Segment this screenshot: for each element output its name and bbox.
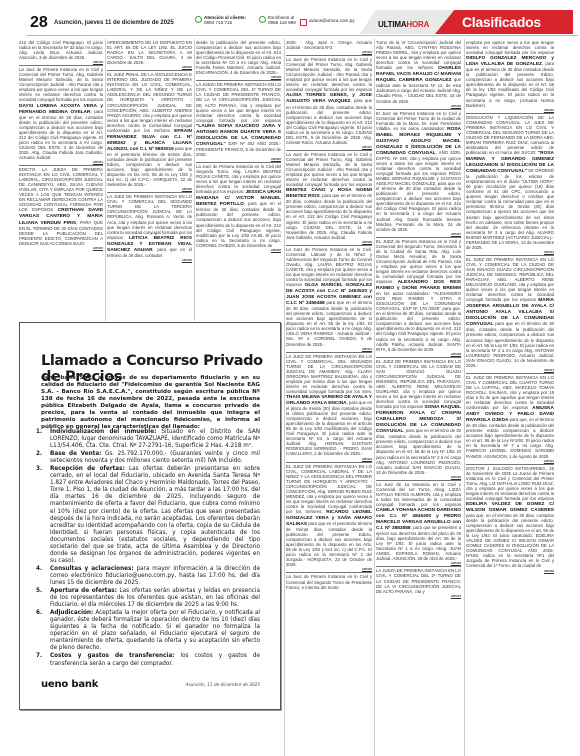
notice-party-names: LETICIA BEATRIZ RIOS GONZALEZ Y ESTEBAN …	[107, 236, 192, 253]
legal-notice: DOCTOR J. EULOGIO ESTIGARRIBIA, 25 de No…	[466, 464, 554, 574]
notice-code: AR5/42	[466, 108, 554, 112]
notice-text: LA JUEZA DE PRIMERA INSTANCIA EN LO CIVI…	[376, 568, 461, 593]
ad-condition-item: 7.Costos y gastos de transferencia: los …	[36, 653, 260, 667]
notices-column-1: 212 del Código Civil Paraguayo. El juici…	[19, 39, 103, 319]
notices-column-2: APERCIBIMIENTO DE LO DISPUESTO EN EL ART…	[107, 39, 192, 319]
notice-party-names: SONIA RAQUEL FORNERON AYALA C/ CRISPIN C…	[376, 405, 461, 434]
legal-notice: La Juez de Primera Instancia en lo Civil…	[196, 162, 281, 253]
ultimahora-logo: ULTIMAHORA	[378, 20, 429, 29]
notices-column-4: 2025. - Abg. Juan A. Orrego, Actuario Ju…	[286, 39, 372, 756]
notice-party-names: THAIS MILENA VAREIRO DE AYALA Y ORLANDO …	[286, 395, 372, 406]
notice-text: El Juez de Primera Instancia en lo Civil…	[376, 111, 461, 232]
notice-text: EL JUEZ de Primera Instancia en lo Civil…	[376, 239, 461, 352]
legal-notice: La Juez de Primera Instancia en lo Civil…	[286, 572, 372, 590]
notice-text: 2025. - Abg. Juan A. Orrego, Actuario Ju…	[286, 40, 372, 50]
whatsapp-contact[interactable]: Escribinos al 0985 119 999	[259, 15, 296, 26]
ad-intro: ueno bank S.A., a través de su departame…	[41, 375, 260, 431]
legal-notice: APERCIBIMIENTO DE LO DISPUESTO EN EL ART…	[107, 39, 192, 70]
notice-party-names: "ROSA MARINA Y GERARDO GIMENEZ LEGUIZAMO…	[466, 151, 554, 174]
notice-text: 212 del Código Civil Paraguayo. El juici…	[19, 40, 103, 60]
legal-notice: EL JUEZ DE PRIMERA INSTANCIA EN LO CIVIL…	[466, 373, 554, 464]
notice-text: La Juez de Primera Instancia en lo Civil…	[19, 67, 103, 160]
notice-code: AR5/35	[196, 248, 281, 252]
whatsapp-icon	[195, 16, 202, 23]
bid-call-advertisement: Llamado a Concurso Privado de Precios ue…	[19, 322, 281, 710]
legal-notice: La Juez de Primera Instancia en lo Civil…	[286, 55, 372, 150]
notice-text: EL JUEZ PENAL DE LA ADOLESCENCIA E INTER…	[107, 72, 192, 187]
legal-notice: EL JUEZ DE PRIMERA INSTANCIA EN LO CIVIL…	[286, 462, 372, 573]
notice-code: AR5/46	[466, 569, 554, 573]
notice-party-names: ROSA MABEL MORAEZ RIQUELME Y GUSTAVO ADO…	[376, 127, 461, 156]
notice-code: AR5/30	[107, 187, 192, 191]
header-divider	[26, 35, 578, 36]
page-number: 28	[30, 14, 48, 32]
legal-notice: 212 del Código Civil Paraguayo. El juici…	[19, 39, 103, 65]
column-divider	[284, 39, 285, 756]
notice-party-names: ALISIA TORRES GENES, y JOSE AUGUSTO VERA…	[286, 93, 372, 104]
notice-text: DISOLUCIÓN Y LIQUIDACIÓN DE LA COMUNIDAD…	[466, 115, 554, 250]
notices-column-6: emplaza por quince veces a los que tenga…	[466, 39, 554, 756]
legal-notice: emplaza por quince veces a los que tenga…	[466, 39, 554, 113]
notice-text: desde la publicación del presente edicto…	[196, 40, 281, 75]
notice-code: AR5/27	[286, 145, 372, 149]
notice-text: EL JUEZ DE PRIMERA INSTANCIA EN LO CIVIL…	[286, 464, 372, 568]
ad-condition-item: 4.Consultas y aclaraciones: para mayor i…	[36, 566, 260, 587]
notice-code: AR5/28	[196, 75, 281, 79]
legal-notice: desde la publicación del presente edicto…	[196, 39, 281, 80]
notice-text: Turno de la VI Circunscripción Judicial …	[376, 40, 461, 104]
notice-text: La Juez de Primera Instancia en lo Civil…	[286, 57, 372, 145]
legal-notice: EL JUEZ DE PRIMERA INSTANCIA EN LO CIVIL…	[466, 255, 554, 373]
ad-condition-item: 6.Adjudicación: Aceptada la mejor oferta…	[36, 610, 260, 652]
notice-code: AR5/44	[466, 368, 554, 372]
notice-party-names: "LAURA SOFIA SAUCEDO JARA Y ANTONIO RAMO…	[196, 124, 281, 147]
column-divider	[194, 39, 195, 321]
notice-text: LA JUEZ DE PRIMERA INSTANCIA EN LO CIVIL…	[286, 354, 372, 457]
ad-signature-date: Asunción, 11 de diciembre de 2025	[186, 682, 260, 687]
notice-text: La Juez de 1a Instancia en lo Civil y Co…	[376, 482, 461, 562]
contact-phone: 0994 715 715	[204, 20, 246, 25]
notice-text: EL JUEZ DE PRIMERA INSTANCIA EN LO CIVIL…	[376, 359, 461, 475]
notice-code: AR5/26	[376, 104, 461, 108]
column-divider	[105, 39, 106, 321]
legal-notice: EDICTO. LA JUEZA DE PRIMERA INSTANCIA EN…	[19, 165, 103, 251]
section-title: Clasificados	[462, 14, 541, 30]
notice-party-names: BENITEZ CANO y ROSA NOEMI BENITEZ RIOS	[286, 188, 372, 199]
legal-notice: La Juez de Primera Instancia en lo Civil…	[286, 150, 372, 245]
notice-party-names: RICARDO LEONEL GONZALEZ VERA y SAÑA AMAR…	[286, 510, 372, 527]
notice-code: AR5/43	[466, 250, 554, 254]
contact-email: avisos@uhora.com.py	[309, 18, 355, 23]
notice-code: AR5/40	[376, 561, 461, 565]
contact-phone: 0985 119 999	[268, 20, 296, 25]
notice-party-names: JESSICA URAN MAIDANA C/ VICTOR MANUEL BE…	[196, 190, 281, 207]
notice-text: APERCIBIMIENTO DE LO DISPUESTO EN EL ART…	[107, 40, 192, 65]
legal-notice: EL JUEZ de Primera Instancia en lo Civil…	[376, 237, 461, 357]
notice-code: AR5/25	[19, 246, 103, 250]
notice-party-names: OLGA MARICEL GONZALEZ DE ACOSTA con C.I.…	[286, 283, 372, 306]
legal-notice: 2025. - Abg. Juan A. Orrego, Actuario Ju…	[286, 39, 372, 55]
notices-column-5: Turno de la VI Circunscripción Judicial …	[376, 39, 461, 756]
legal-notice: LA JUEZA DE PRIMERA INSTANCIA EN LO CIVI…	[376, 566, 461, 598]
legal-notice: EL JUEZ PENAL DE LA ADOLESCENCIA E INTER…	[107, 70, 192, 192]
legal-notice: La Juez de Primera Instancia en lo Civil…	[286, 245, 372, 352]
ueno-bank-logo: ueno bank	[41, 679, 98, 690]
legal-notice: DISOLUCIÓN Y LIQUIDACIÓN DE LA COMUNIDAD…	[466, 113, 554, 255]
notice-text: EDICTO. LA JUEZA DE PRIMERA INSTANCIA EN…	[19, 167, 103, 246]
notice-party-names: CHARLES RAFAEL VACIS ARAUJO C/ MARIANI R…	[376, 66, 461, 83]
legal-notice: El Juez de Primera Instancia en lo Civil…	[376, 109, 461, 237]
notice-code: AR5/37	[376, 232, 461, 236]
legal-notice: La Juez de 1a Instancia en lo Civil y Co…	[376, 480, 461, 567]
ad-condition-item: 2.Base de Venta: Gs. 25.792.170.000.- (G…	[36, 451, 260, 465]
notice-party-names: CAMILA YOHANA ACHON DARDANO con C.I. Nº …	[376, 508, 461, 531]
notice-code: AR5/18	[19, 60, 103, 64]
notice-text: LA JUEZA DE PRIMERA INSTANCIA EN LO CIVI…	[196, 82, 281, 157]
legal-notice: EL JUEZ DE PRIMERA INSTANCIA EN LO CIVIL…	[376, 357, 461, 480]
notice-text: La Juez de Primera Instancia en lo Civil…	[286, 574, 372, 589]
notice-text: La Juez de Primera Instancia en lo Civil…	[286, 247, 372, 347]
ad-conditions-list: 1.Individualización del inmueble: Situad…	[36, 429, 260, 669]
notice-text: emplaza por quince veces a los que tenga…	[466, 40, 554, 108]
page-header: 28 Asunción, jueves 11 de diciembre de 2…	[0, 0, 580, 40]
notice-text: La Juez de Primera Instancia en lo Civil…	[286, 152, 372, 240]
notice-code: AR5/32	[196, 157, 281, 161]
column-divider	[464, 39, 465, 756]
notice-code: AR5/41	[376, 594, 461, 598]
notice-party-names: EDELIRA VALDEZ DE GOMEZ C/ WILSON OSMAR …	[466, 502, 554, 513]
ad-condition-item: 5.Apertura de ofertas: Las ofertas serán…	[36, 588, 260, 609]
notice-code: AR5/21	[19, 160, 103, 164]
column-divider	[374, 39, 375, 756]
notice-party-names: CRISTHIAN DAVID VARGAS CANTERO Y MARIA L…	[19, 208, 103, 225]
notice-party-names: EFRAIN FERNANDEZ SILVA con C.I. Nº 60982…	[107, 129, 192, 152]
notice-code: AR5/24	[286, 50, 372, 54]
customer-service-contact[interactable]: Atención al cliente: 0994 715 715	[195, 15, 246, 26]
legal-notice: Turno de la VI Circunscripción Judicial …	[376, 39, 461, 109]
notice-party-names: DAYSI LORENA ACOSTA VERA y FERNANDO MEDI…	[19, 104, 103, 115]
notice-code: AR5/31	[286, 347, 372, 351]
notice-code: AR5/45	[466, 459, 554, 463]
notice-code: AR5/36	[286, 567, 372, 571]
notice-text: EL JUEZ DE PRIMERA INSTANCIA EN LO CIVIL…	[466, 257, 554, 368]
legal-notice: LA JUEZ DE PRIMERA INSTANCIA EN LO CIVIL…	[286, 352, 372, 462]
notice-code: AR5/33	[107, 258, 192, 262]
email-contact[interactable]: avisos@uhora.com.py	[300, 18, 355, 26]
whatsapp-icon	[259, 16, 266, 23]
legal-notice: La Juez de Primera Instancia en lo Civil…	[19, 65, 103, 165]
notice-code: AR5/20	[107, 65, 192, 69]
legal-notice: LA JUEZ DE PRIMERA INSTANCIA EN LO CIVIL…	[107, 192, 192, 263]
ad-condition-item: 1.Individualización del inmueble: Situad…	[36, 429, 260, 450]
notice-text: DOCTOR J. EULOGIO ESTIGARRIBIA, 25 de No…	[466, 466, 554, 569]
notices-column-3: desde la publicación del presente edicto…	[196, 39, 281, 319]
notice-text: LA JUEZ DE PRIMERA INSTANCIA EN LO CIVIL…	[107, 194, 192, 258]
ad-condition-item: 3.Recepción de ofertas: Las ofertas debe…	[36, 466, 260, 565]
notice-text: EL JUEZ DE PRIMERA INSTANCIA EN LO CIVIL…	[466, 375, 554, 459]
notice-code: AR5/34	[286, 457, 372, 461]
notice-party-names: DIDILFO GONZALEZ MERCADO y LIDIA VILLALB…	[466, 56, 554, 67]
publication-date: Asunción, jueves 11 de diciembre de 2025	[54, 20, 174, 26]
notice-text: La Juez de Primera Instancia en lo Civil…	[196, 164, 281, 248]
notice-code: AR5/38	[376, 352, 461, 356]
notice-party-names: ALEXANDRO DOS REIS RAMBO y DIONE FRANKE …	[376, 280, 461, 291]
email-icon	[300, 19, 307, 26]
notice-party-names: MARIA JOSEFINA ARGUELLO DE AYALA C/ ANTO…	[466, 298, 554, 327]
notice-party-names: ANIUSKA ANDY OVIEDO Y PABLO DAVID RIVARO…	[466, 406, 554, 423]
notice-code: AR5/29	[286, 240, 372, 244]
notice-code: AR5/39	[376, 475, 461, 479]
legal-notice: LA JUEZA DE PRIMERA INSTANCIA EN LO CIVI…	[196, 80, 281, 162]
